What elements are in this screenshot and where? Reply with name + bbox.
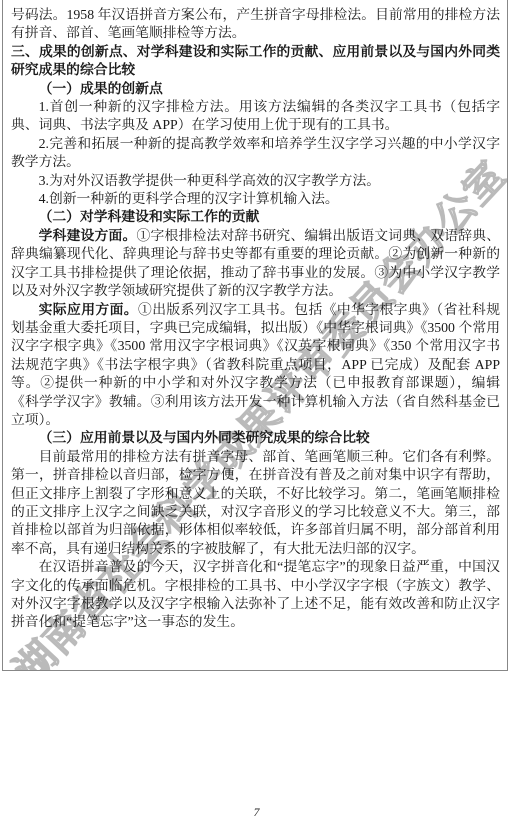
innovation-item-3: 3.为对外汉语教学提供一种更科学高效的汉字教学方法。 — [11, 172, 500, 190]
bold-lead-practical: 实际应用方面。 — [39, 302, 138, 317]
document-text-block: 号码法。1958 年汉语拼音方案公布，产生拼音字母排检法。目前常用的排检方法有拼… — [3, 0, 507, 632]
paragraph-outlook: 在汉语拼音普及的今天，汉字拼音化和“提笔忘字”的现象日益严重，中国汉字文化的传承… — [11, 558, 500, 632]
paragraph-practical-application: 实际应用方面。①出版系列汉字工具书。包括《中华字根字典》（省社科规划基金重大委托… — [11, 301, 500, 430]
page-number: 7 — [0, 805, 513, 820]
heading-subsection-one: （一）成果的创新点 — [11, 80, 500, 98]
paragraph-practical-body: ①出版系列汉字工具书。包括《中华字根字典》（省社科规划基金重大委托项目，字典已完… — [11, 302, 500, 427]
heading-section-three: 三、成果的创新点、对学科建设和实际工作的贡献、应用前景以及与国内外同类研究成果的… — [11, 43, 500, 80]
content-border-box: 湖南省社会科学成果评审委员会办公室 号码法。1958 年汉语拼音方案公布，产生拼… — [2, 0, 508, 671]
innovation-item-4: 4.创新一种新的更科学合理的汉字计算机输入法。 — [11, 190, 500, 208]
paragraph-continuation: 号码法。1958 年汉语拼音方案公布，产生拼音字母排检法。目前常用的排检方法有拼… — [11, 6, 500, 43]
paragraph-comparison: 目前最常用的排检方法有拼音字母、部首、笔画笔顺三种。它们各有利弊。第一，拼音排检… — [11, 448, 500, 558]
heading-subsection-two: （二）对学科建设和实际工作的贡献 — [11, 208, 500, 226]
paragraph-discipline-contribution: 学科建设方面。①字根排检法对辞书研究、编辑出版语文词典、双语辞典、辞典编纂现代化… — [11, 227, 500, 301]
bold-lead-discipline: 学科建设方面。 — [39, 228, 137, 243]
document-page: 湖南省社会科学成果评审委员会办公室 号码法。1958 年汉语拼音方案公布，产生拼… — [0, 0, 513, 825]
innovation-item-2: 2.完善和拓展一种新的提高教学效率和培养学生汉字学习兴趣的中小学汉字教学方法。 — [11, 135, 500, 172]
heading-subsection-three: （三）应用前景以及与国内外同类研究成果的综合比较 — [11, 429, 500, 447]
innovation-item-1: 1.首创一种新的汉字排检方法。用该方法编辑的各类汉字工具书（包括字典、词典、书法… — [11, 98, 500, 135]
